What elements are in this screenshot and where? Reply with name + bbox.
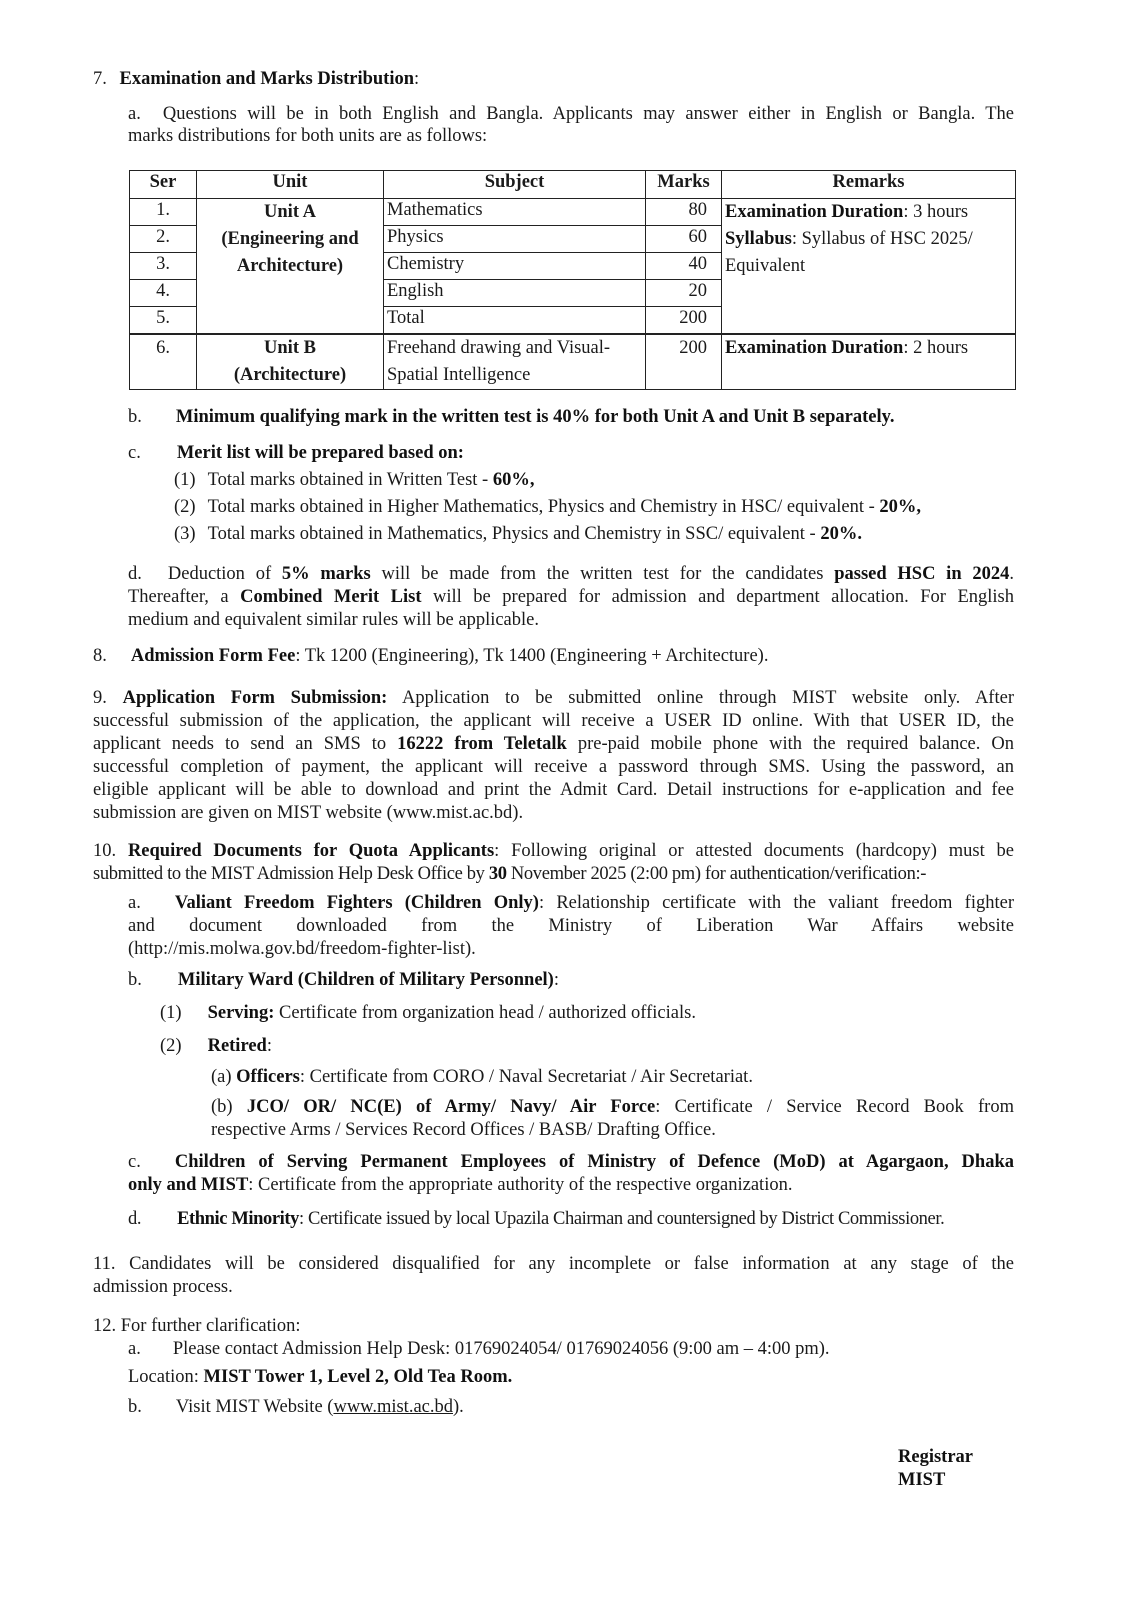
merit-item-text: Total marks obtained in Higher Mathemati… [208,497,880,517]
duration-label: Examination Duration [725,338,903,358]
syllabus-value: : Syllabus of HSC 2025/ [792,229,973,249]
merit-item-num: (3) [174,524,196,544]
help-desk-contact: Please contact Admission Help Desk: 0176… [173,1339,830,1359]
text: : Certificate / Service Record Book from [655,1097,1014,1117]
unit-b-name: Unit B [200,335,380,362]
item-label: a. [128,104,141,124]
bold-text: 16222 from Teletalk [397,734,567,754]
text: Thereafter, a [128,587,240,607]
section-10a-line1: a.Valiant Freedom Fighters (Children Onl… [128,892,1014,915]
section-10b: b.Military Ward (Children of Military Pe… [128,969,559,992]
section-11-line2: admission process. [93,1276,233,1299]
section-7a-line1: a.Questions will be in both English and … [128,103,1014,126]
merit-item-weight: 20%, [879,497,921,517]
text: . [1009,564,1014,584]
colon: : [414,69,419,89]
section-9-line5: eligible applicant will be able to downl… [93,779,1014,802]
text: November 2025 (2:00 pm) for authenticati… [507,864,926,884]
section-10b-jco-line1: (b) JCO/ OR/ NC(E) of Army/ Navy/ Air Fo… [211,1096,1014,1119]
section-10d: d.Ethnic Minority: Certificate issued by… [128,1208,944,1231]
cell-subject: Total [384,307,646,335]
item-num: (1) [160,1003,182,1023]
merit-item-num: (1) [174,470,196,490]
cell-ser: 3. [130,253,197,280]
text: will be made from the written test for t… [371,564,834,584]
location-value: MIST Tower 1, Level 2, Old Tea Room. [204,1367,513,1387]
cell-subject: Chemistry [384,253,646,280]
text: Certificate from organization head / aut… [274,1003,696,1023]
deadline-day: 30 [489,864,507,884]
section-9-line3: applicant needs to send an SMS to 16222 … [93,733,1014,756]
section-12-heading: 12. For further clarification: [93,1315,301,1338]
item-title: Serving: [208,1003,275,1023]
merit-item: (1)Total marks obtained in Written Test … [174,469,534,492]
header-unit: Unit [197,171,384,199]
header-subject: Subject [384,171,646,199]
text: Application to be submitted online throu… [387,688,1014,708]
section-10b-officers: (a) Officers: Certificate from CORO / Na… [211,1066,753,1089]
cell-subject: Mathematics [384,199,646,226]
cell-marks: 40 [646,253,722,280]
cell-ser: 1. [130,199,197,226]
section-7d-line3: medium and equivalent similar rules will… [128,609,539,632]
unit-a-desc-2: Architecture) [200,253,380,280]
text: pre-paid mobile phone with the required … [567,734,1014,754]
header-marks: Marks [646,171,722,199]
section-title: Examination and Marks Distribution [120,69,415,89]
cell-unit-a: Unit A (Engineering and Architecture) [197,199,384,335]
item-title-cont: only and MIST [128,1175,248,1195]
section-7d-line1: d.Deduction of 5% marks will be made fro… [128,563,1014,586]
merit-item-text: Total marks obtained in Mathematics, Phy… [208,524,821,544]
text: Deduction of [168,564,282,584]
cell-subject: Physics [384,226,646,253]
item-title: Military Ward (Children of Military Pers… [178,970,554,990]
item-label: c. [128,1152,141,1172]
bold-text: Combined Merit List [240,587,421,607]
unit-a-desc-1: (Engineering and [200,226,380,253]
section-title: Application Form Submission: [123,688,388,708]
freedom-fighter-list-url: (http://mis.molwa.gov.bd/freedom-fighter… [128,938,476,961]
cell-ser: 5. [130,307,197,335]
item-num: (a) [211,1067,236,1087]
item-label: c. [128,443,141,463]
section-10b-serving: (1)Serving: Certificate from organizatio… [160,1002,696,1025]
cell-marks: 80 [646,199,722,226]
item-title: Ethnic Minority [177,1209,299,1229]
item-title: Merit list will be prepared based on: [177,443,464,463]
section-12a: a.Please contact Admission Help Desk: 01… [128,1338,830,1361]
section-7b: b.Minimum qualifying mark in the written… [128,406,895,429]
section-number: 9. [93,688,107,708]
merit-item-text: Total marks obtained in Written Test - [208,470,493,490]
item-label: b. [128,970,142,990]
colon: : [267,1036,272,1056]
item-title: Officers [236,1067,300,1087]
item-label: a. [128,1339,141,1359]
item-label: d. [128,1209,141,1229]
duration-value: : 2 hours [903,338,968,358]
text: Visit MIST Website ( [176,1397,334,1417]
text: : Certificate from the appropriate autho… [248,1175,792,1195]
section-title: Required Documents for Quota Applicants [128,841,494,861]
text: submitted to the MIST Admission Help Des… [93,864,489,884]
section-7d-line2: Thereafter, a Combined Merit List will b… [128,586,1014,609]
section-10c-line2: only and MIST: Certificate from the appr… [128,1174,792,1197]
item-label: b. [128,1397,142,1417]
section-9-line6: submission are given on MIST website (ww… [93,802,523,825]
section-9-line4: successful completion of payment, the ap… [93,756,1014,779]
cell-remarks-a: Examination Duration: 3 hours Syllabus: … [722,199,1016,335]
item-text: Questions will be in both English and Ba… [163,104,1014,124]
section-number: 10. [93,841,116,861]
item-num: (b) [211,1097,247,1117]
section-number: 8. [93,646,107,666]
item-text: Minimum qualifying mark in the written t… [176,407,895,427]
duration-value: : 3 hours [903,202,968,222]
section-7c: c.Merit list will be prepared based on: [128,442,464,465]
cell-ser: 6. [130,334,197,390]
item-title: Valiant Freedom Fighters (Children Only) [175,893,539,913]
item-title: Retired [208,1036,267,1056]
merit-item: (3)Total marks obtained in Mathematics, … [174,523,862,546]
section-11-line1: 11. Candidates will be considered disqua… [93,1253,1014,1276]
section-7-heading: 7. Examination and Marks Distribution: [93,68,419,91]
cell-marks: 60 [646,226,722,253]
signatory-title: Registrar [898,1447,973,1467]
subject-line: Freehand drawing and Visual- [387,335,642,362]
section-10a-line2: and document downloaded from the Ministr… [128,915,1014,938]
cell-remarks-b: Examination Duration: 2 hours [722,334,1016,390]
section-10-line1: 10. Required Documents for Quota Applica… [93,840,1014,863]
item-label: b. [128,407,142,427]
section-9-line1: 9. Application Form Submission: Applicat… [93,687,1014,710]
item-title: JCO/ OR/ NC(E) of Army/ Navy/ Air Force [247,1097,655,1117]
table-row: 1. Unit A (Engineering and Architecture)… [130,199,1016,226]
signature-block: Registrar MIST [898,1446,973,1492]
header-remarks: Remarks [722,171,1016,199]
bold-text: passed HSC in 2024 [834,564,1009,584]
marks-distribution-table: Ser Unit Subject Marks Remarks 1. Unit A… [129,170,1016,390]
text: : Following original or attested documen… [494,841,1014,861]
text: will be prepared for admission and depar… [421,587,1014,607]
text: : Certificate from CORO / Naval Secretar… [300,1067,753,1087]
table-row: 6. Unit B (Architecture) Freehand drawin… [130,334,1016,390]
item-title: Children of Serving Permanent Employees … [175,1152,1014,1172]
text: : Relationship certificate with the vali… [539,893,1014,913]
merit-item-weight: 60%, [493,470,535,490]
section-7a-line2: marks distributions for both units are a… [128,125,487,148]
item-label: a. [128,893,141,913]
section-text: : Tk 1200 (Engineering), Tk 1400 (Engine… [295,646,768,666]
section-10-line2: submitted to the MIST Admission Help Des… [93,863,926,886]
merit-item: (2)Total marks obtained in Higher Mathem… [174,496,921,519]
header-ser: Ser [130,171,197,199]
duration-label: Examination Duration [725,202,903,222]
text: : Certificate issued by local Upazila Ch… [299,1209,944,1229]
section-12b: b.Visit MIST Website (www.mist.ac.bd). [128,1396,464,1419]
cell-ser: 2. [130,226,197,253]
section-title: Admission Form Fee [131,646,295,666]
colon: : [554,970,559,990]
syllabus-value-cont: Equivalent [725,253,1012,280]
signatory-org: MIST [898,1470,945,1490]
table-header-row: Ser Unit Subject Marks Remarks [130,171,1016,199]
section-12-location: Location: MIST Tower 1, Level 2, Old Tea… [128,1366,512,1389]
unit-a-name: Unit A [200,199,380,226]
item-num: (2) [160,1036,182,1056]
section-9-line2: successful submission of the application… [93,710,1014,733]
cell-unit-b: Unit B (Architecture) [197,334,384,390]
cell-subject: Freehand drawing and Visual- Spatial Int… [384,334,646,390]
cell-subject: English [384,280,646,307]
section-10b-retired: (2)Retired: [160,1035,272,1058]
subject-line: Spatial Intelligence [387,362,642,389]
section-10c-line1: c.Children of Serving Permanent Employee… [128,1151,1014,1174]
text: ). [453,1397,464,1417]
text: applicant needs to send an SMS to [93,734,397,754]
unit-b-desc: (Architecture) [200,362,380,389]
cell-marks: 20 [646,280,722,307]
cell-ser: 4. [130,280,197,307]
section-8: 8.Admission Form Fee: Tk 1200 (Engineeri… [93,645,768,668]
location-label: Location: [128,1367,204,1387]
bold-text: 5% marks [282,564,371,584]
section-10b-jco-line2: respective Arms / Services Record Office… [211,1119,716,1142]
mist-website-link[interactable]: www.mist.ac.bd [333,1397,453,1417]
cell-marks: 200 [646,307,722,335]
cell-marks: 200 [646,334,722,390]
item-label: d. [128,564,142,584]
merit-item-weight: 20%. [820,524,862,544]
section-number: 7. [93,69,107,89]
merit-item-num: (2) [174,497,196,517]
syllabus-label: Syllabus [725,229,792,249]
